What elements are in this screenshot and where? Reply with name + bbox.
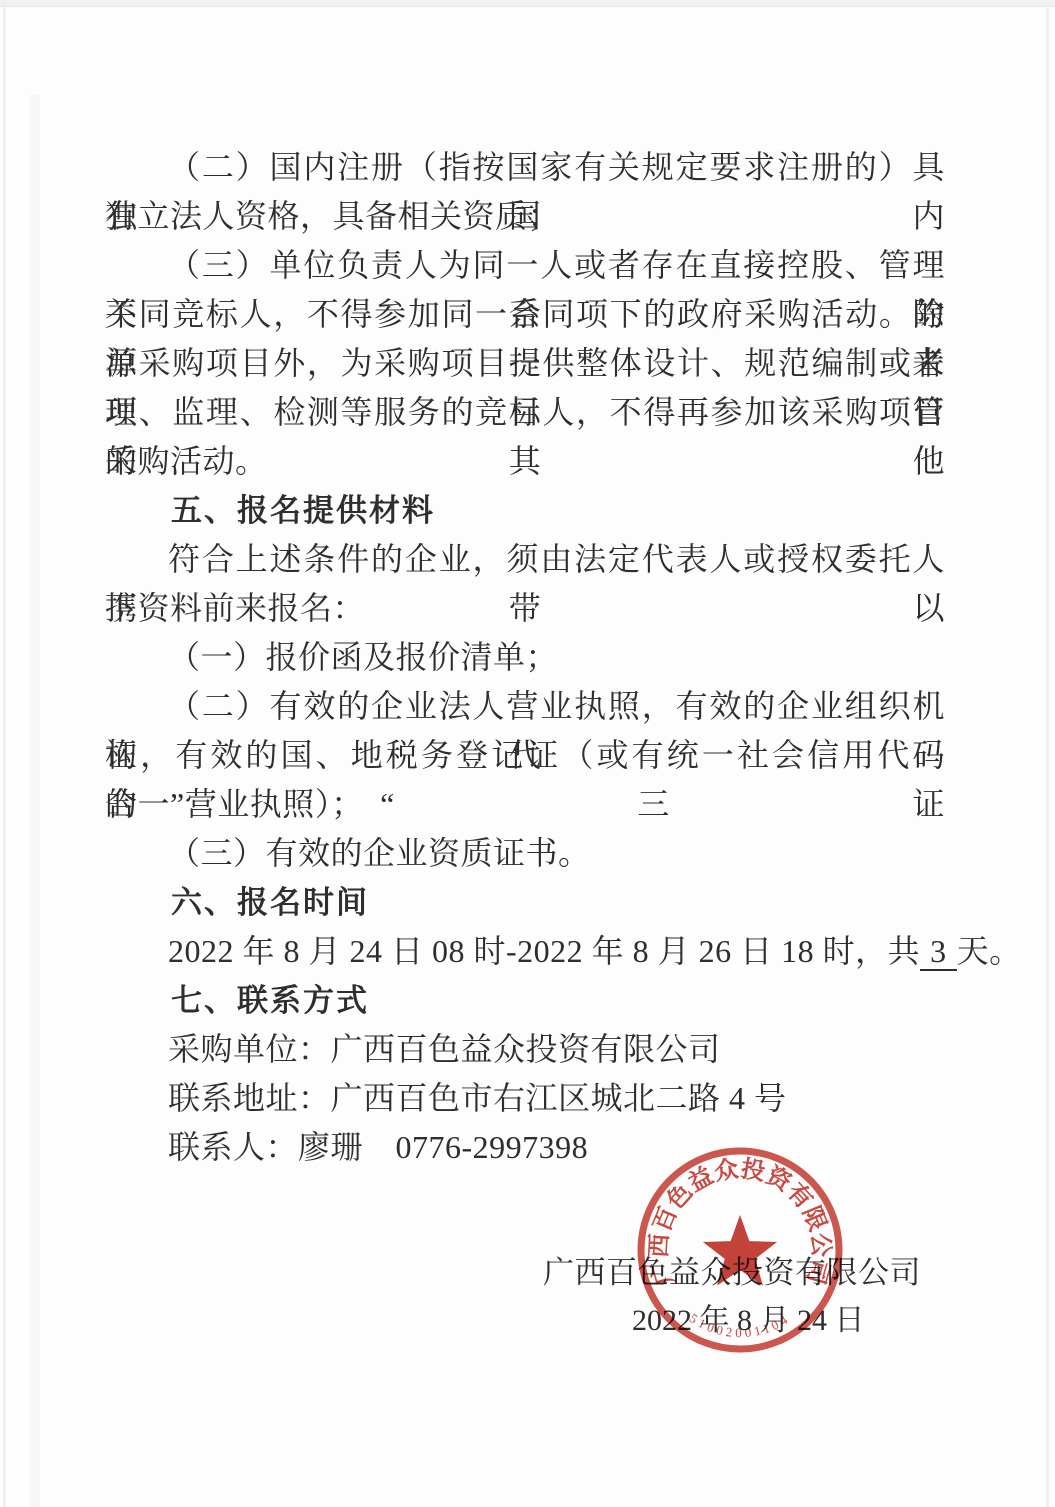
body-line-material-item-2b: 证，有效的国、地税务登记证（或有统一社会信用代码的“三证 bbox=[105, 731, 945, 780]
time-days-underlined: 3 bbox=[920, 933, 957, 971]
section-heading-contact: 七、联系方式 bbox=[105, 976, 945, 1025]
body-line-materials-intro-1: 符合上述条件的企业，须由法定代表人或授权委托人携带以 bbox=[105, 535, 945, 584]
seal-star-icon bbox=[703, 1215, 777, 1286]
svg-text:51002001104: 51002001104 bbox=[687, 1310, 793, 1340]
document-body: （二）国内注册（指按国家有关规定要求注册的）具有国内 独立法人资格，具备相关资质… bbox=[105, 143, 945, 1172]
body-line-material-item-1: （一）报价函及报价清单； bbox=[105, 633, 945, 682]
document-page: （二）国内注册（指按国家有关规定要求注册的）具有国内 独立法人资格，具备相关资质… bbox=[0, 0, 1055, 1507]
body-line-responsible-3: 源采购项目外，为采购项目提供整体设计、规范编制或者项目管 bbox=[105, 339, 945, 388]
body-line-responsible-4: 理、监理、检测等服务的竞标人，不得再参加该采购项目的其他 bbox=[105, 388, 945, 437]
contact-line-address: 联系地址：广西百色市右江区城北二路 4 号 bbox=[105, 1074, 945, 1123]
scan-artifact-left-edge bbox=[3, 0, 6, 1507]
body-line-responsible-2: 不同竞标人，不得参加同一合同项下的政府采购活动。除单一来 bbox=[105, 290, 945, 339]
body-line-registration-1: （二）国内注册（指按国家有关规定要求注册的）具有国内 bbox=[105, 143, 945, 192]
seal-serial-number: 51002001104 bbox=[687, 1310, 793, 1340]
scan-artifact-right-edge bbox=[1046, 0, 1049, 1507]
scan-artifact-left-shadow bbox=[30, 95, 40, 1507]
company-seal-stamp: 广西百色益众投资有限公司 51002001104 bbox=[630, 1140, 850, 1360]
registration-time-line: 2022 年 8 月 24 日 08 时-2022 年 8 月 26 日 18 … bbox=[105, 927, 945, 976]
contact-line-purchaser: 采购单位：广西百色益众投资有限公司 bbox=[105, 1025, 945, 1074]
section-heading-materials: 五、报名提供材料 bbox=[105, 486, 945, 535]
time-text-prefix: 2022 年 8 月 24 日 08 时-2022 年 8 月 26 日 18 … bbox=[168, 933, 920, 969]
scan-artifact-top-edge bbox=[0, 0, 1055, 7]
section-heading-time: 六、报名时间 bbox=[105, 878, 945, 927]
body-line-material-item-3: （三）有效的企业资质证书。 bbox=[105, 829, 945, 878]
body-line-material-item-2a: （二）有效的企业法人营业执照，有效的企业组织机构代码 bbox=[105, 682, 945, 731]
time-text-suffix: 天。 bbox=[957, 933, 1022, 969]
body-line-responsible-1: （三）单位负责人为同一人或者存在直接控股、管理关系的 bbox=[105, 241, 945, 290]
